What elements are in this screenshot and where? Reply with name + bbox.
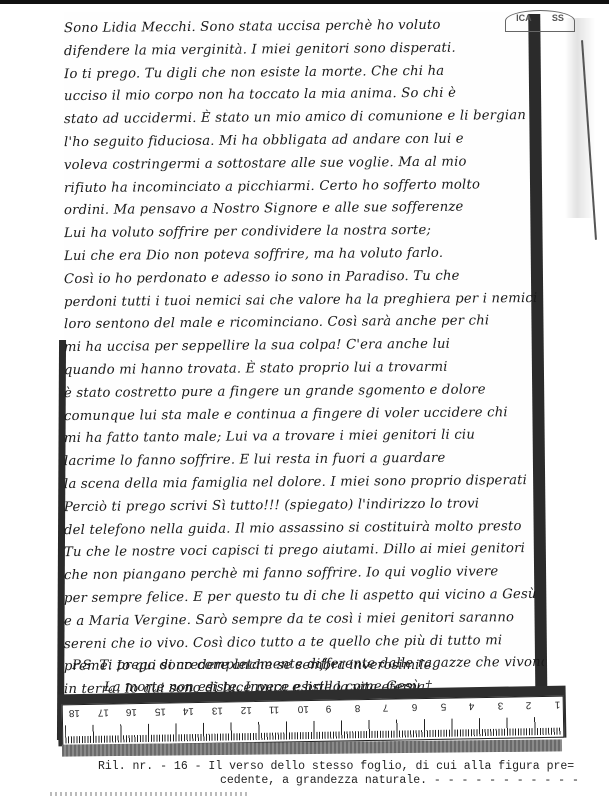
stamp-text-right: SS [552,13,564,23]
scan-noise [50,792,250,796]
ruler-number: 5 [440,701,446,712]
ruler-number: 11 [269,704,280,715]
ruler-number: 2 [526,699,532,710]
ruler-number: 12 [240,704,251,715]
ruler-number: 7 [383,702,389,713]
ruler-number: 16 [126,706,137,717]
caption-line: Ril. nr. - 16 - Il verso dello stesso fo… [98,760,603,774]
postscript-line: P.S. Ti prego di credere anche se sembra… [72,655,532,677]
ruler-number: 9 [326,703,332,714]
ruler-number: 15 [154,706,165,717]
ruler-number: 17 [97,707,108,718]
ruler-number: 1 [555,699,561,710]
ruler-number: 8 [355,702,361,713]
figure-caption: Ril. nr. - 16 - Il verso dello stesso fo… [98,760,603,788]
ruler-number: 18 [69,707,80,718]
ruler-number: 3 [497,700,503,711]
measurement-ruler: 181716151413121110987654321 [62,696,565,747]
ruler-number: 13 [212,705,223,716]
handwritten-letter: Sono Lidia Mecchi. Sono stata uccisa per… [64,16,544,700]
ruler-number: 10 [297,703,308,714]
ruler-number: 4 [469,700,475,711]
scan-top-edge [0,0,609,4]
ruler-number: 14 [183,705,194,716]
caption-line: cedente, a grandezza naturale. - - - - -… [98,774,603,788]
ruler-number: 6 [412,701,418,712]
